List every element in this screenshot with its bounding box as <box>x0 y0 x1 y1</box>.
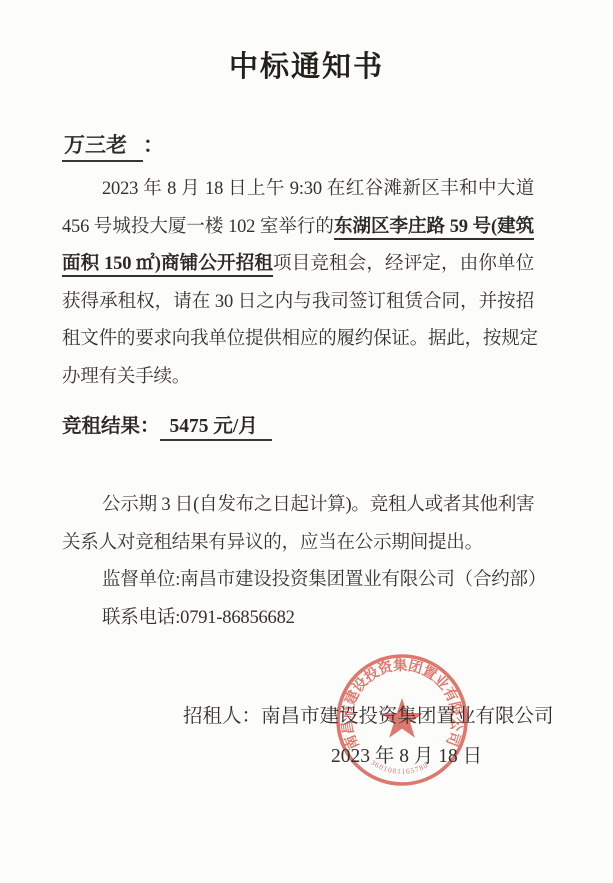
para2-line-2: 关系人对竞租结果有异议的，应当在公示期间提出。 <box>62 525 534 563</box>
para1-line-5: 租文件的要求向我单位提供相应的履约保证。据此，按规定 <box>62 321 534 359</box>
issuer-line: 招租人：南昌市建设投资集团置业有限公司 <box>183 700 554 728</box>
para1-line2-normal: 456 号城投大厦一楼 102 室举行的 <box>62 217 334 237</box>
project-name-part-2: 面积 150 ㎡)商铺公开招租 <box>62 254 273 277</box>
result-value: 5475 元/月 <box>160 416 272 441</box>
publicity-paragraph: 公示期 3 日(自发布之日起计算)。竞租人或者其他利害 关系人对竞租结果有异议的… <box>62 487 534 637</box>
issue-date-line: 2023 年 8 月 18 日 <box>331 740 482 768</box>
doc-title: 中标通知书 <box>0 44 613 85</box>
para1-line-3: 面积 150 ㎡)商铺公开招租项目竞租会，经评定，由你单位 <box>62 246 534 284</box>
para1-line3-normal: 项目竞租会，经评定，由你单位 <box>273 254 534 274</box>
result-line: 竞租结果：5475 元/月 <box>62 412 272 442</box>
addressee-name: 万三老 <box>62 129 143 162</box>
para1-line-1: 2023 年 8 月 18 日上午 9:30 在红谷滩新区丰和中大道 <box>62 171 534 209</box>
para1-line-4: 获得承租权，请在 30 日之内与我司签订租赁合同，并按招 <box>62 284 534 322</box>
result-label: 竞租结果： <box>62 416 160 437</box>
body-paragraph: 2023 年 8 月 18 日上午 9:30 在红谷滩新区丰和中大道 456 号… <box>62 171 534 396</box>
supervisor-line: 监督单位:南昌市建设投资集团置业有限公司（合约部） <box>62 562 534 600</box>
para2-line-1: 公示期 3 日(自发布之日起计算)。竞租人或者其他利害 <box>62 487 534 525</box>
addressee-line: 万三老： <box>62 129 164 162</box>
project-name-part-1: 东湖区李庄路 59 号(建筑 <box>334 217 534 240</box>
para1-line-2: 456 号城投大厦一楼 102 室举行的东湖区李庄路 59 号(建筑 <box>62 209 534 247</box>
para1-line-6: 办理有关手续。 <box>62 359 534 397</box>
phone-line: 联系电话:0791-86856682 <box>62 600 534 638</box>
document-page: 中标通知书 万三老： 2023 年 8 月 18 日上午 9:30 在红谷滩新区… <box>0 0 613 883</box>
addressee-colon: ： <box>143 133 164 157</box>
